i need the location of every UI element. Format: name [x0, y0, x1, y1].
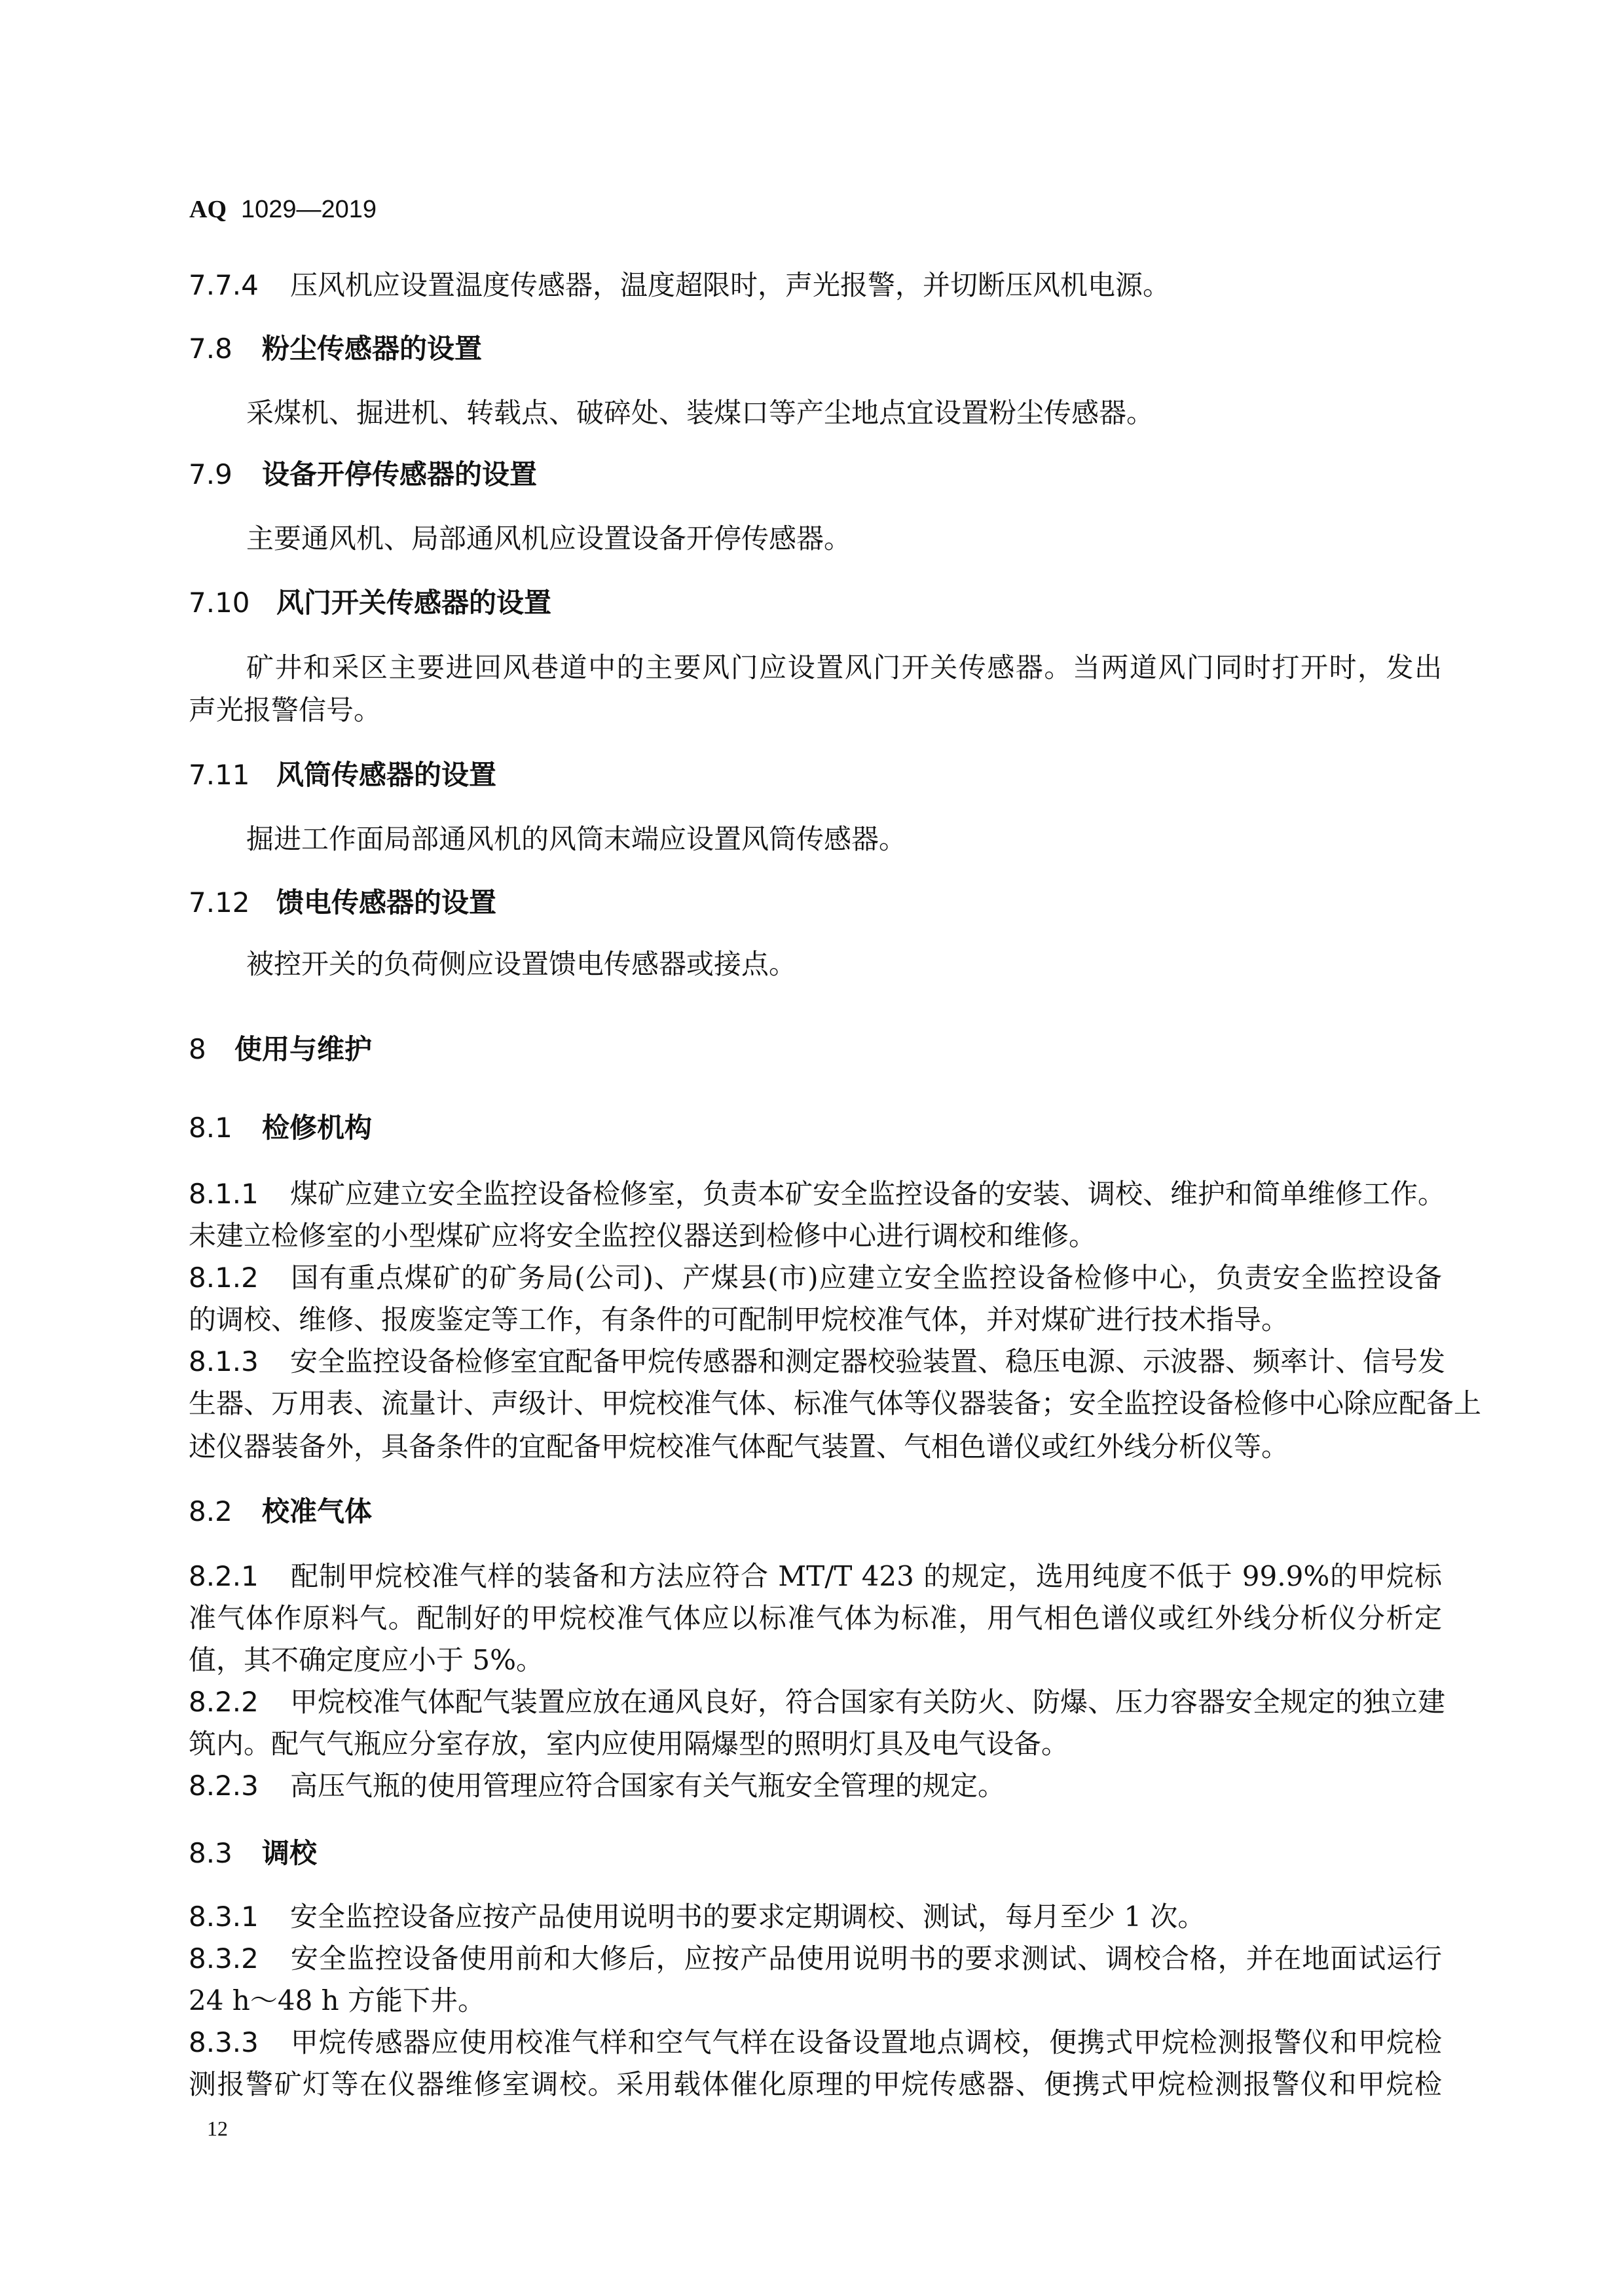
standard-prefix: AQ [189, 196, 227, 223]
heading-8-1: 8.1检修机构 [189, 1114, 372, 1142]
paragraph-7-10-line-2: 声光报警信号。 [189, 696, 381, 725]
heading-7-10: 7.10风门开关传感器的设置 [189, 589, 551, 617]
clause-8-1-3-line-2: 生器、万用表、流量计、声级计、甲烷校准气体、标准气体等仪器装备；安全监控设备检修… [189, 1389, 1442, 1418]
heading-8-2: 8.2校准气体 [189, 1497, 372, 1526]
clause-8-3-3-line-2: 测报警矿灯等在仪器维修室调校。采用载体催化原理的甲烷传感器、便携式甲烷检测报警仪… [189, 2070, 1442, 2099]
clause-text: 安全监控设备应按产品使用说明书的要求定期调校、测试，每月至少 1 次。 [290, 1901, 1205, 1933]
document-page: AQ1029—2019 7.7.4压风机应设置温度传感器，温度超限时，声光报警，… [0, 0, 1624, 2296]
clause-8-1-3-line-1: 8.1.3安全监控设备检修室宜配备甲烷传感器和测定器校验装置、稳压电源、示波器、… [189, 1347, 1442, 1376]
clause-8-1-3-line-3: 述仪器装备外，具备条件的宜配备甲烷校准气体配气装置、气相色谱仪或红外线分析仪等。 [189, 1432, 1289, 1461]
clause-8-1-2-line-1: 8.1.2国有重点煤矿的矿务局(公司)、产煤县(市)应建立安全监控设备检修中心，… [189, 1264, 1442, 1292]
clause-8-2-1-line-3: 值，其不确定度应小于 5%。 [189, 1646, 544, 1675]
clause-text: 配制甲烷校准气样的装备和方法应符合 MT/T 423 的规定，选用纯度不低于 9… [290, 1560, 1442, 1592]
clause-text: 压风机应设置温度传感器，温度超限时，声光报警，并切断压风机电源。 [290, 269, 1170, 301]
running-header: AQ1029—2019 [189, 196, 377, 223]
heading-title: 校准气体 [262, 1495, 372, 1527]
heading-7-12: 7.12馈电传感器的设置 [189, 888, 496, 917]
chapter-heading-8: 8使用与维护 [189, 1035, 372, 1064]
clause-text: 甲烷校准气体配气装置应放在通风良好，符合国家有关防火、防爆、压力容器安全规定的独… [290, 1686, 1445, 1718]
clause-8-1-2-line-2: 的调校、维修、报废鉴定等工作，有条件的可配制甲烷校准气体，并对煤矿进行技术指导。 [189, 1305, 1289, 1334]
clause-text: 煤矿应建立安全监控设备检修室，负责本矿安全监控设备的安装、调校、维护和简单维修工… [290, 1178, 1445, 1210]
clause-8-2-3: 8.2.3高压气瓶的使用管理应符合国家有关气瓶安全管理的规定。 [189, 1772, 1005, 1800]
heading-number: 7.9 [189, 460, 262, 489]
clause-text: 高压气瓶的使用管理应符合国家有关气瓶安全管理的规定。 [290, 1770, 1005, 1802]
clause-8-2-2-line-2: 筑内。配气气瓶应分室存放，室内应使用隔爆型的照明灯具及电气设备。 [189, 1730, 1069, 1758]
clause-text: 安全监控设备使用前和大修后，应按产品使用说明书的要求测试、调校合格，并在地面试运… [290, 1942, 1442, 1975]
paragraph-7-8: 采煤机、掘进机、转载点、破碎处、装煤口等产尘地点宜设置粉尘传感器。 [246, 399, 1154, 428]
page-number: 12 [207, 2117, 228, 2140]
clause-8-2-1-line-2: 准气体作原料气。配制好的甲烷校准气体应以标准气体为标准，用气相色谱仪或红外线分析… [189, 1604, 1442, 1633]
chapter-number: 8 [189, 1035, 234, 1064]
clause-8-2-2-line-1: 8.2.2甲烷校准气体配气装置应放在通风良好，符合国家有关防火、防爆、压力容器安… [189, 1688, 1442, 1717]
heading-number: 8.1 [189, 1114, 262, 1142]
paragraph-7-11: 掘进工作面局部通风机的风筒末端应设置风筒传感器。 [246, 825, 906, 854]
paragraph-7-12: 被控开关的负荷侧应设置馈电传感器或接点。 [246, 950, 796, 979]
paragraph-7-10-line-1: 矿井和采区主要进回风巷道中的主要风门应设置风门开关传感器。当两道风门同时打开时，… [246, 653, 1442, 682]
clause-8-3-2-line-2: 24 h～48 h 方能下井。 [189, 1986, 485, 2015]
heading-number: 7.11 [189, 761, 276, 790]
clause-text: 安全监控设备检修室宜配备甲烷传感器和测定器校验装置、稳压电源、示波器、频率计、信… [290, 1345, 1445, 1377]
heading-title: 检修机构 [262, 1112, 372, 1144]
clause-number: 8.2.3 [189, 1772, 290, 1800]
heading-7-11: 7.11风筒传感器的设置 [189, 761, 496, 790]
clause-number: 8.3.3 [189, 2028, 290, 2057]
heading-title: 调校 [262, 1837, 317, 1869]
clause-8-2-1-line-1: 8.2.1配制甲烷校准气样的装备和方法应符合 MT/T 423 的规定，选用纯度… [189, 1562, 1442, 1591]
clause-number: 8.3.1 [189, 1903, 290, 1931]
heading-title: 风筒传感器的设置 [276, 759, 496, 791]
clause-7-7-4: 7.7.4压风机应设置温度传感器，温度超限时，声光报警，并切断压风机电源。 [189, 271, 1170, 300]
clause-number: 8.2.2 [189, 1688, 290, 1717]
heading-title: 馈电传感器的设置 [276, 886, 496, 919]
heading-7-8: 7.8粉尘传感器的设置 [189, 335, 482, 363]
clause-text: 国有重点煤矿的矿务局(公司)、产煤县(市)应建立安全监控设备检修中心，负责安全监… [290, 1262, 1442, 1294]
heading-number: 8.3 [189, 1839, 262, 1868]
clause-8-1-1-line-1: 8.1.1煤矿应建立安全监控设备检修室，负责本矿安全监控设备的安装、调校、维护和… [189, 1180, 1442, 1209]
heading-number: 7.8 [189, 335, 262, 363]
clause-text: 甲烷传感器应使用校准气样和空气气样在设备设置地点调校，便携式甲烷检测报警仪和甲烷… [290, 2026, 1442, 2058]
heading-7-9: 7.9设备开停传感器的设置 [189, 460, 537, 489]
heading-title: 风门开关传感器的设置 [276, 587, 551, 619]
standard-code: 1029—2019 [241, 196, 377, 223]
clause-8-3-2-line-1: 8.3.2安全监控设备使用前和大修后，应按产品使用说明书的要求测试、调校合格，并… [189, 1944, 1442, 1973]
clause-number: 8.1.2 [189, 1264, 290, 1292]
heading-8-3: 8.3调校 [189, 1839, 317, 1868]
heading-number: 7.12 [189, 888, 276, 917]
clause-8-1-1-line-2: 未建立检修室的小型煤矿应将安全监控仪器送到检修中心进行调校和维修。 [189, 1222, 1096, 1250]
clause-number: 8.1.3 [189, 1347, 290, 1376]
heading-number: 8.2 [189, 1497, 262, 1526]
clause-number: 7.7.4 [189, 271, 290, 300]
heading-title: 粉尘传感器的设置 [262, 333, 482, 365]
heading-title: 设备开停传感器的设置 [262, 458, 537, 490]
chapter-title: 使用与维护 [234, 1033, 372, 1065]
clause-8-3-1: 8.3.1安全监控设备应按产品使用说明书的要求定期调校、测试，每月至少 1 次。 [189, 1903, 1205, 1931]
clause-number: 8.2.1 [189, 1562, 290, 1591]
clause-number: 8.3.2 [189, 1944, 290, 1973]
heading-number: 7.10 [189, 589, 276, 617]
clause-number: 8.1.1 [189, 1180, 290, 1209]
clause-8-3-3-line-1: 8.3.3甲烷传感器应使用校准气样和空气气样在设备设置地点调校，便携式甲烷检测报… [189, 2028, 1442, 2057]
paragraph-7-9: 主要通风机、局部通风机应设置设备开停传感器。 [246, 524, 851, 553]
